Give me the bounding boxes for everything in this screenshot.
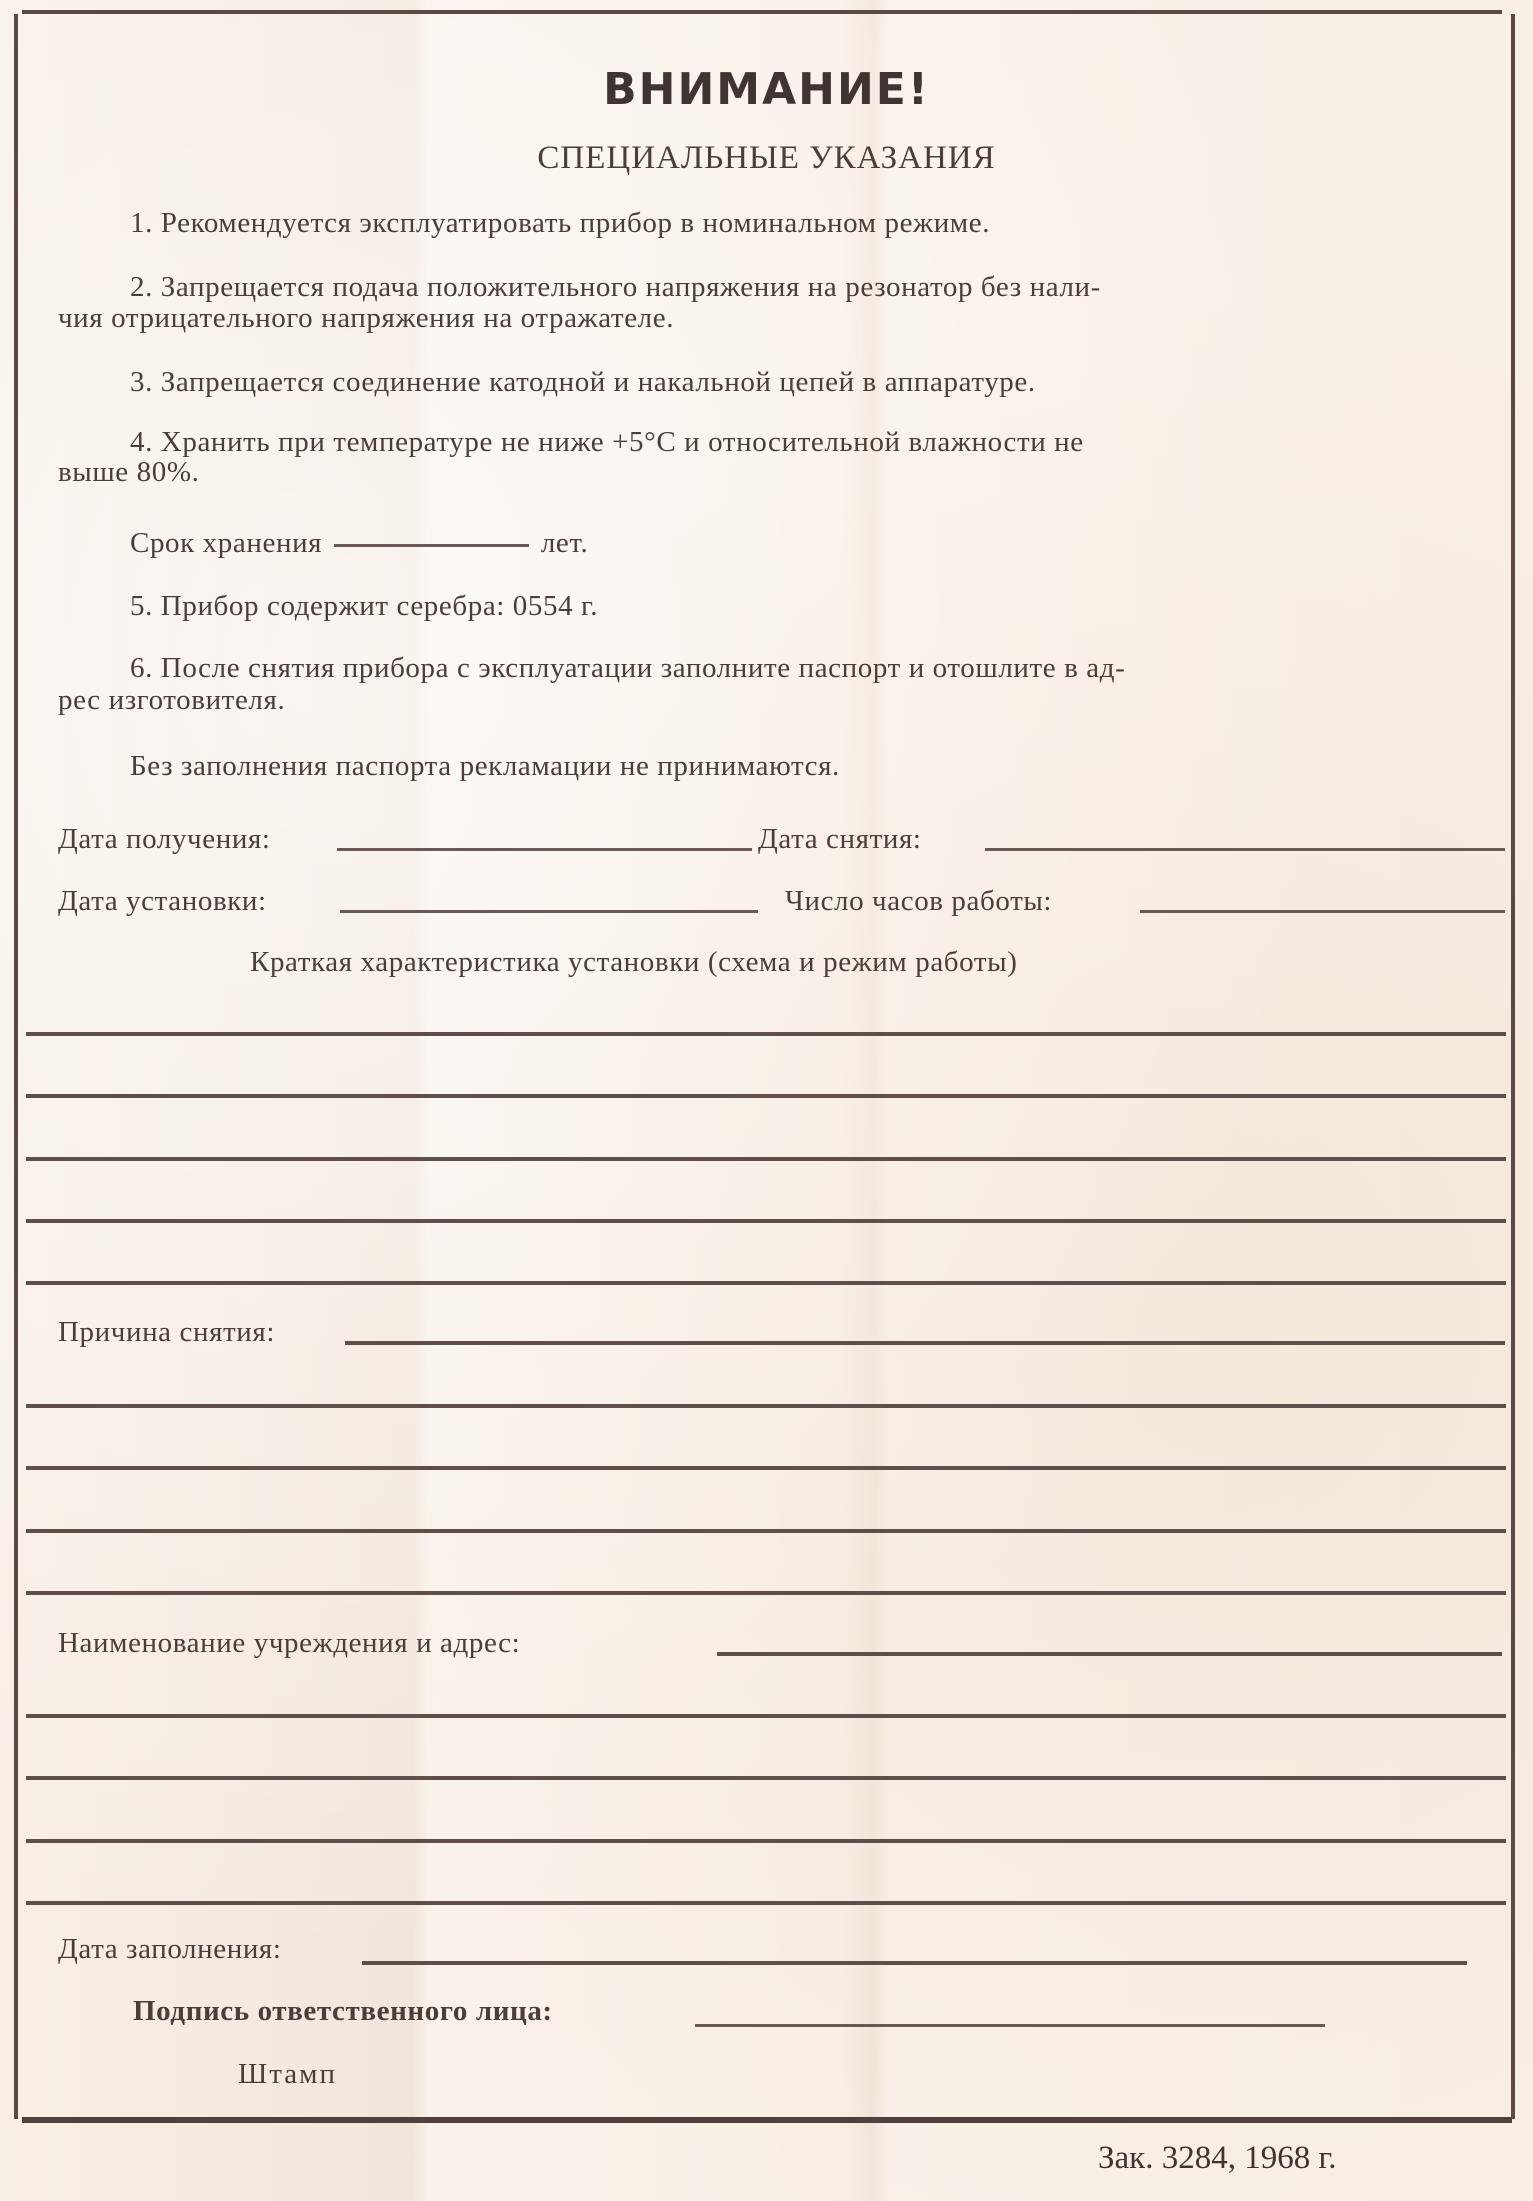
stamp-label: Штамп <box>238 2058 337 2091</box>
date-received-label: Дата получения: <box>58 823 271 856</box>
signature-field[interactable] <box>695 2024 1325 2027</box>
frame-bottom-border <box>22 2117 1512 2123</box>
date-removed-label: Дата снятия: <box>758 823 922 856</box>
instruction-5: 5. Прибор содержит серебра: 0554 г. <box>130 590 598 623</box>
removal-reason-line-4[interactable] <box>26 1591 1506 1595</box>
institution-field[interactable] <box>717 1652 1502 1656</box>
page-subtitle: СПЕЦИАЛЬНЫЕ УКАЗАНИЯ <box>0 140 1533 177</box>
instruction-2-line-1: 2. Запрещается подача положительного нап… <box>130 271 1101 304</box>
removal-reason-label: Причина снятия: <box>58 1316 275 1349</box>
warranty-notice: Без заполнения паспорта рекламации не пр… <box>130 750 840 783</box>
hours-field[interactable] <box>1140 910 1505 913</box>
frame-left-border <box>14 14 18 2119</box>
instruction-2-line-2: чия отрицательного напряжения на отражат… <box>58 302 674 335</box>
date-removed-field[interactable] <box>985 848 1505 851</box>
storage-term-row: Срок хранения лет. <box>130 527 588 560</box>
removal-reason-line-1[interactable] <box>26 1404 1506 1408</box>
date-installed-label: Дата установки: <box>58 885 267 918</box>
institution-line-1[interactable] <box>26 1714 1506 1718</box>
setup-line-5[interactable] <box>26 1281 1506 1285</box>
instruction-3: 3. Запрещается соединение катодной и нак… <box>130 366 1036 399</box>
institution-line-4[interactable] <box>26 1901 1506 1905</box>
setup-heading: Краткая характеристика установки (схема … <box>250 946 1018 979</box>
storage-term-unit: лет. <box>541 527 589 559</box>
date-received-field[interactable] <box>337 848 752 851</box>
page-title: ВНИМАНИЕ! <box>0 64 1533 115</box>
removal-reason-line-3[interactable] <box>26 1529 1506 1533</box>
order-number: Зак. 3284, 1968 г. <box>1098 2140 1337 2177</box>
instruction-6-line-2: рес изготовителя. <box>58 684 285 717</box>
institution-line-3[interactable] <box>26 1839 1506 1843</box>
fill-date-label: Дата заполнения: <box>58 1933 282 1966</box>
hours-label: Число часов работы: <box>785 885 1052 918</box>
instruction-6-line-1: 6. После снятия прибора с эксплуатации з… <box>130 652 1125 685</box>
date-installed-field[interactable] <box>340 910 758 913</box>
storage-term-label: Срок хранения <box>130 527 322 559</box>
setup-line-3[interactable] <box>26 1157 1506 1161</box>
setup-line-2[interactable] <box>26 1094 1506 1098</box>
frame-top-border <box>22 10 1502 14</box>
storage-term-field[interactable] <box>334 544 529 547</box>
frame-right-border <box>1511 14 1515 2119</box>
institution-label: Наименование учреждения и адрес: <box>58 1627 520 1660</box>
setup-line-1[interactable] <box>26 1032 1506 1036</box>
signature-label: Подпись ответственного лица: <box>133 1995 553 2028</box>
instruction-1: 1. Рекомендуется эксплуатировать прибор … <box>130 207 990 240</box>
instruction-4-line-1: 4. Хранить при температуре не ниже +5°C … <box>130 426 1084 459</box>
institution-line-2[interactable] <box>26 1776 1506 1780</box>
setup-line-4[interactable] <box>26 1219 1506 1223</box>
removal-reason-line-2[interactable] <box>26 1466 1506 1470</box>
removal-reason-field[interactable] <box>345 1341 1505 1345</box>
fill-date-field[interactable] <box>362 1961 1467 1965</box>
instruction-4-line-2: выше 80%. <box>58 456 199 489</box>
